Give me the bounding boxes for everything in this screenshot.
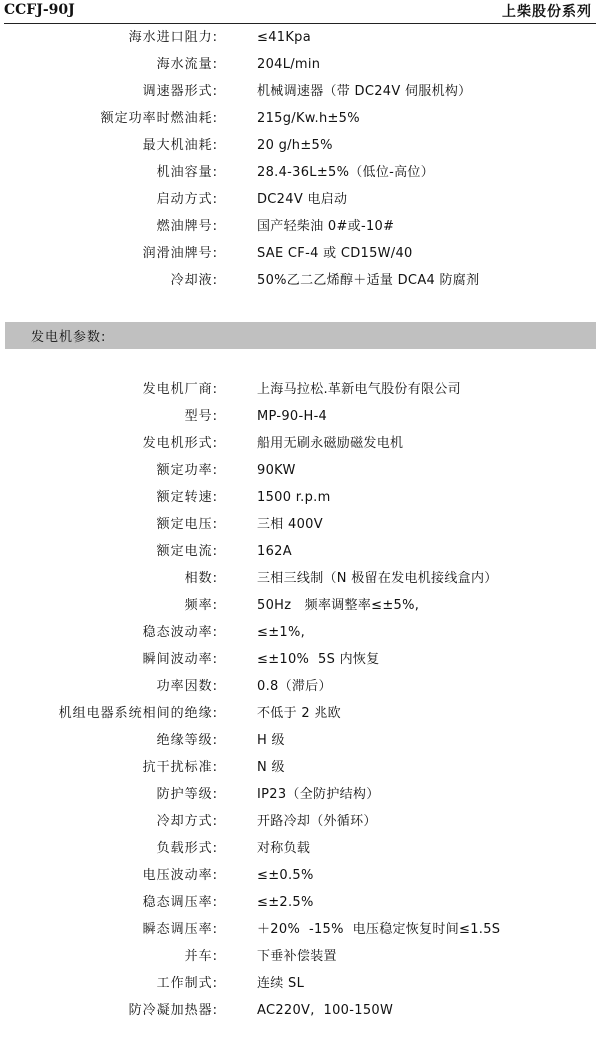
spec-label: 发电机厂商: [143,380,218,400]
spec-label: 燃油牌号: [157,217,218,237]
spec-row-rated-fuel-consumption: 额定功率时燃油耗: 215g/Kw.h±5% [0,109,600,135]
spec-label: 额定转速: [157,488,218,508]
spec-row-generator-manufacturer: 发电机厂商: 上海马拉松.革新电气股份有限公司 [0,380,600,406]
spec-value: 204L/min [257,55,320,75]
spec-row-seawater-flow: 海水流量: 204L/min [0,55,600,81]
spec-value: 162A [257,542,292,562]
spec-value: ≤±0.5% [257,866,314,886]
spec-value: H 级 [257,731,285,751]
spec-label: 调速器形式: [143,82,218,102]
spec-label: 最大机油耗: [143,136,218,156]
spec-row-coolant: 冷却液: 50%乙二乙烯醇＋适量 DCA4 防腐剂 [0,271,600,297]
spec-label: 工作制式: [157,974,218,994]
spec-value: ≤±10% 5S 内恢复 [257,650,380,670]
spec-row-insulation-class: 绝缘等级: H 级 [0,731,600,757]
spec-row-max-oil-consumption: 最大机油耗: 20 g/h±5% [0,136,600,162]
spec-label: 稳态调压率: [143,893,218,913]
spec-label: 机油容量: [157,163,218,183]
spec-row-rated-voltage: 额定电压: 三相 400V [0,515,600,541]
spec-row-transient-fluctuation: 瞬间波动率: ≤±10% 5S 内恢复 [0,650,600,676]
spec-value: ≤±1%, [257,623,305,643]
spec-row-cooling-method: 冷却方式: 开路冷却（外循环） [0,812,600,838]
spec-row-interference-standard: 抗干扰标准: N 级 [0,758,600,784]
generator-section-header: 发电机参数: [5,322,596,349]
spec-row-seawater-inlet-resistance: 海水进口阻力: ≤41Kpa [0,28,600,54]
spec-value: 90KW [257,461,296,481]
spec-label: 机组电器系统相间的绝缘: [59,704,218,724]
spec-value: AC220V, 100-150W [257,1001,393,1021]
section-title: 发电机参数: [31,326,106,345]
spec-value: DC24V 电启动 [257,190,347,210]
spec-value: 1500 r.p.m [257,488,331,508]
spec-value: 上海马拉松.革新电气股份有限公司 [257,380,461,400]
spec-label: 额定电流: [157,542,218,562]
spec-label: 额定电压: [157,515,218,535]
document-series-title: 上柴股份系列 [502,1,592,21]
spec-row-power-factor: 功率因数: 0.8（滞后） [0,677,600,703]
spec-value: 船用无刷永磁励磁发电机 [257,434,403,454]
spec-row-fuel-grade: 燃油牌号: 国产轻柴油 0#或-10# [0,217,600,243]
spec-value: 对称负载 [257,839,310,859]
spec-row-transient-voltage-regulation: 瞬态调压率: ＋20% -15% 电压稳定恢复时间≤1.5S [0,920,600,946]
spec-label: 冷却方式: [157,812,218,832]
spec-label: 海水进口阻力: [129,28,218,48]
spec-value: N 级 [257,758,285,778]
spec-row-insulation-resistance: 机组电器系统相间的绝缘: 不低于 2 兆欧 [0,704,600,730]
spec-label: 额定功率: [157,461,218,481]
spec-row-governor-type: 调速器形式: 机械调速器（带 DC24V 伺服机构） [0,82,600,108]
spec-row-anti-condensation-heater: 防冷凝加热器: AC220V, 100-150W [0,1001,600,1027]
spec-value: 0.8（滞后） [257,677,332,697]
spec-label: 润滑油牌号: [143,244,218,264]
spec-label: 防护等级: [157,785,218,805]
spec-row-duty-type: 工作制式: 连续 SL [0,974,600,1000]
spec-value: 连续 SL [257,974,304,994]
spec-value: 50%乙二乙烯醇＋适量 DCA4 防腐剂 [257,271,479,291]
spec-label: 电压波动率: [143,866,218,886]
spec-value: 开路冷却（外循环） [257,812,377,832]
spec-value: ≤41Kpa [257,28,311,48]
spec-label: 负载形式: [157,839,218,859]
spec-value: SAE CF-4 或 CD15W/40 [257,244,413,264]
spec-row-steady-fluctuation: 稳态波动率: ≤±1%, [0,623,600,649]
spec-row-lube-oil-grade: 润滑油牌号: SAE CF-4 或 CD15W/40 [0,244,600,270]
spec-value: 28.4-36L±5%（低位-高位） [257,163,434,183]
spec-row-steady-voltage-regulation: 稳态调压率: ≤±2.5% [0,893,600,919]
spec-row-rated-power: 额定功率: 90KW [0,461,600,487]
spec-label: 并车: [185,947,218,967]
spec-label: 防冷凝加热器: [129,1001,218,1021]
spec-row-frequency: 频率: 50Hz 频率调整率≤±5%, [0,596,600,622]
spec-label: 功率因数: [157,677,218,697]
spec-value: 50Hz 频率调整率≤±5%, [257,596,419,616]
spec-row-generator-type: 发电机形式: 船用无刷永磁励磁发电机 [0,434,600,460]
spec-label: 发电机形式: [143,434,218,454]
spec-label: 稳态波动率: [143,623,218,643]
spec-row-rated-speed: 额定转速: 1500 r.p.m [0,488,600,514]
spec-label: 启动方式: [157,190,218,210]
spec-row-start-method: 启动方式: DC24V 电启动 [0,190,600,216]
spec-label: 频率: [185,596,218,616]
spec-row-oil-capacity: 机油容量: 28.4-36L±5%（低位-高位） [0,163,600,189]
spec-value: 机械调速器（带 DC24V 伺服机构） [257,82,472,102]
spec-row-rated-current: 额定电流: 162A [0,542,600,568]
spec-value: IP23（全防护结构） [257,785,380,805]
spec-label: 型号: [185,407,218,427]
spec-value: 三相三线制（N 极留在发电机接线盒内） [257,569,498,589]
spec-value: MP-90-H-4 [257,407,327,427]
spec-label: 瞬态调压率: [143,920,218,940]
spec-label: 相数: [185,569,218,589]
spec-value: ≤±2.5% [257,893,314,913]
spec-label: 抗干扰标准: [143,758,218,778]
page-header: CCFJ-90J 上柴股份系列 [4,0,596,24]
spec-value: 不低于 2 兆欧 [257,704,341,724]
spec-label: 冷却液: [171,271,218,291]
spec-value: 下垂补偿装置 [257,947,337,967]
document-model-title: CCFJ-90J [4,2,75,18]
spec-value: 20 g/h±5% [257,136,333,156]
spec-value: 215g/Kw.h±5% [257,109,360,129]
spec-row-model: 型号: MP-90-H-4 [0,407,600,433]
spec-label: 绝缘等级: [157,731,218,751]
spec-value: 三相 400V [257,515,323,535]
spec-row-protection-class: 防护等级: IP23（全防护结构） [0,785,600,811]
spec-label: 额定功率时燃油耗: [101,109,218,129]
spec-label: 海水流量: [157,55,218,75]
spec-row-load-type: 负载形式: 对称负载 [0,839,600,865]
spec-value: ＋20% -15% 电压稳定恢复时间≤1.5S [257,920,500,940]
spec-row-voltage-fluctuation: 电压波动率: ≤±0.5% [0,866,600,892]
spec-value: 国产轻柴油 0#或-10# [257,217,394,237]
spec-row-parallel-operation: 并车: 下垂补偿装置 [0,947,600,973]
spec-row-phases: 相数: 三相三线制（N 极留在发电机接线盒内） [0,569,600,595]
spec-label: 瞬间波动率: [143,650,218,670]
